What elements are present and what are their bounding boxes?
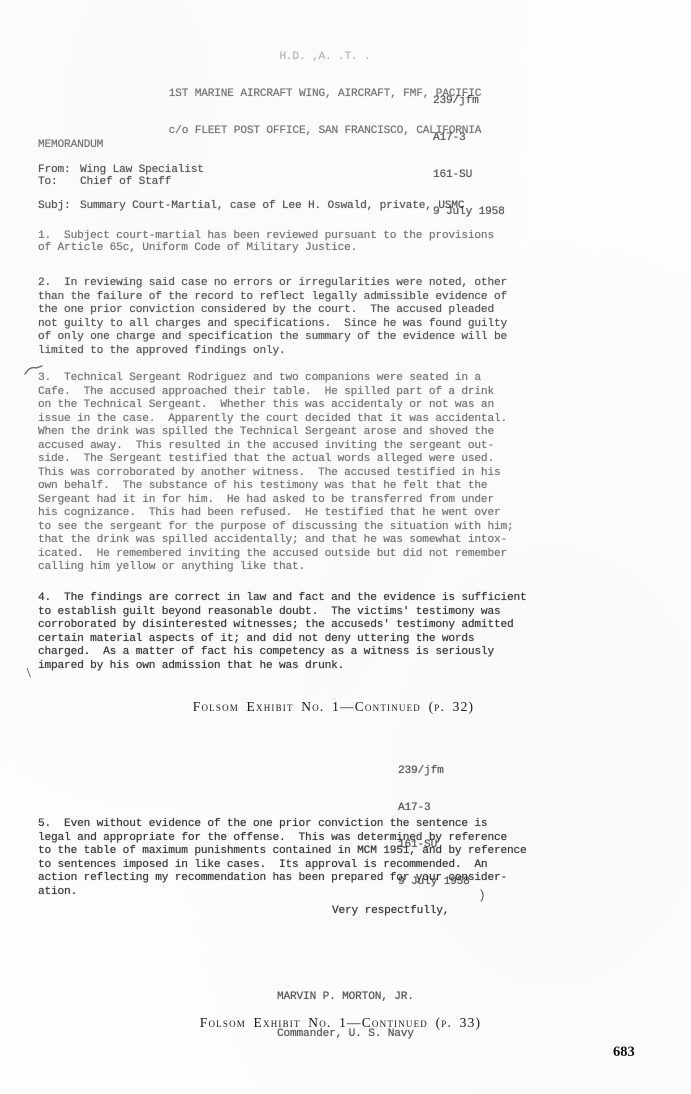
paragraph-5: 5. Even without evidence of the one prio… (38, 818, 548, 899)
file-reference: A17-3 (433, 132, 583, 144)
subject-label: Subj: (38, 200, 80, 214)
exhibit-caption-p32: Folsom Exhibit No. 1—Continued (p. 32) (0, 699, 679, 715)
complimentary-close: Very respectfully, (332, 905, 449, 919)
to-row: To: Chief of Staff (38, 176, 171, 190)
paragraph-2: 2. In reviewing said case no errors or i… (38, 277, 548, 358)
subject-value: Summary Court-Martial, case of Lee H. Os… (80, 200, 464, 214)
file-reference: 239/jfm (398, 765, 548, 777)
file-reference: 239/jfm (433, 95, 583, 107)
subject-row: Subj: Summary Court-Martial, case of Lee… (38, 200, 464, 214)
paragraph-3: 3. Technical Sergeant Rodriguez and two … (38, 372, 548, 575)
reference-block-top: 239/jfm A17-3 161-SU 9 July 1958 (433, 70, 583, 244)
paragraph-1: 1. Subject court-martial has been review… (38, 230, 548, 255)
stray-paren-mark: ) (478, 888, 486, 903)
to-label: To: (38, 176, 80, 190)
letterhead-command-line: H.D. ,A. .T. . (105, 51, 545, 63)
memo-title: MEMORANDUM (38, 139, 103, 153)
page-number: 683 (613, 1044, 635, 1061)
signature-name: MARVIN P. MORTON, JR. (277, 991, 414, 1003)
handwritten-tick-mark (24, 363, 44, 377)
stray-backslash-mark: \ (24, 667, 33, 682)
to-value: Chief of Staff (80, 176, 171, 190)
exhibit-caption-p33: Folsom Exhibit No. 1—Continued (p. 33) (0, 1015, 686, 1031)
file-reference: A17-3 (398, 802, 548, 814)
paragraph-4: 4. The findings are correct in law and f… (38, 592, 548, 673)
file-reference: 161-SU (433, 169, 583, 181)
scanned-memo-page: H.D. ,A. .T. . 1ST MARINE AIRCRAFT WING,… (0, 0, 691, 1094)
